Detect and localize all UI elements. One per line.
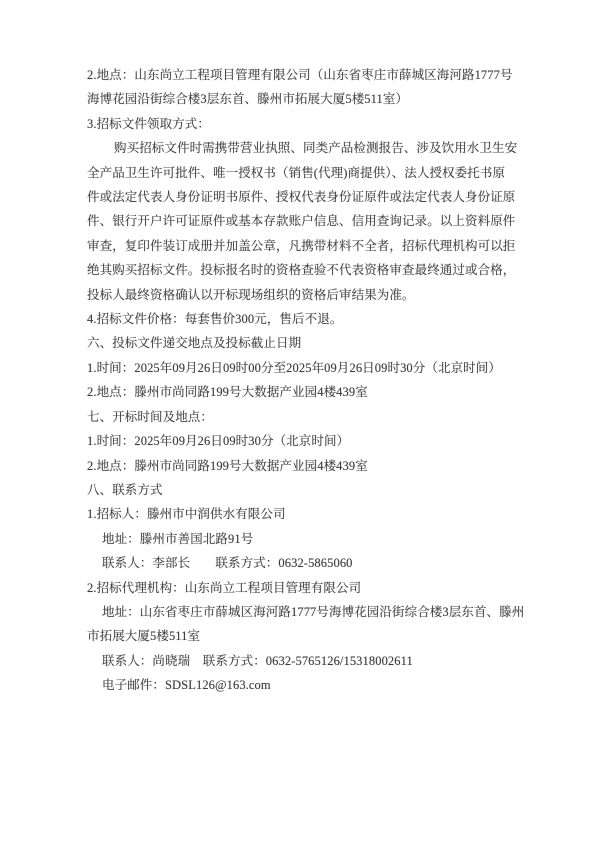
text-line: 1.招标人：滕州市中润供水有限公司 [87,502,523,526]
text-line: 件、银行开户许可证原件或基本存款账户信息、信用查询记录。以上资料原件 [87,209,523,233]
text-line: 七、开标时间及地点： [87,405,523,429]
text-line: 审查，复印件装订成册并加盖公章，凡携带材料不全者，招标代理机构可以拒 [87,234,523,258]
text-line: 件或法定代表人身份证明书原件、授权代表身份证原件或法定代表人身份证原 [87,185,523,209]
text-line: 2.地点：滕州市尚同路199号大数据产业园4楼439室 [87,380,523,404]
text-line: 地址：山东省枣庄市薛城区海河路1777号海博花园沿街综合楼3层东首、滕州 [87,600,523,624]
text-line: 1.时间：2025年09月26日09时30分（北京时间） [87,429,523,453]
text-line: 联系人：李部长 联系方式：0632-5865060 [87,551,523,575]
document-body: 2.地点：山东尚立工程项目管理有限公司（山东省枣庄市薛城区海河路1777号海博花… [87,63,523,698]
text-line: 地址：滕州市善国北路91号 [87,527,523,551]
text-line: 海博花园沿街综合楼3层东首、滕州市拓展大厦5楼511室） [87,87,523,111]
text-line: 八、联系方式 [87,478,523,502]
document-page: 2.地点：山东尚立工程项目管理有限公司（山东省枣庄市薛城区海河路1777号海博花… [0,0,600,853]
text-line: 1.时间：2025年09月26日09时00分至2025年09月26日09时30分… [87,356,523,380]
text-line: 4.招标文件价格：每套售价300元，售后不退。 [87,307,523,331]
text-line: 2.地点：滕州市尚同路199号大数据产业园4楼439室 [87,454,523,478]
text-line: 投标人最终资格确认以开标现场组织的资格后审结果为准。 [87,283,523,307]
text-line: 2.地点：山东尚立工程项目管理有限公司（山东省枣庄市薛城区海河路1777号 [87,63,523,87]
text-line: 购买招标文件时需携带营业执照、同类产品检测报告、涉及饮用水卫生安 [87,136,523,160]
text-line: 绝其购买招标文件。投标报名时的资格查验不代表资格审查最终通过或合格， [87,258,523,282]
text-line: 联系人：尚晓瑞 联系方式：0632-5765126/15318002611 [87,649,523,673]
text-line: 全产品卫生许可批件、唯一授权书（销售(代理)商提供）、法人授权委托书原 [87,161,523,185]
text-line: 电子邮件：SDSL126@163.com [87,673,523,697]
text-line: 市拓展大厦5楼511室 [87,624,523,648]
text-line: 3.招标文件领取方式： [87,112,523,136]
text-line: 六、投标文件递交地点及投标截止日期 [87,331,523,355]
text-line: 2.招标代理机构：山东尚立工程项目管理有限公司 [87,576,523,600]
